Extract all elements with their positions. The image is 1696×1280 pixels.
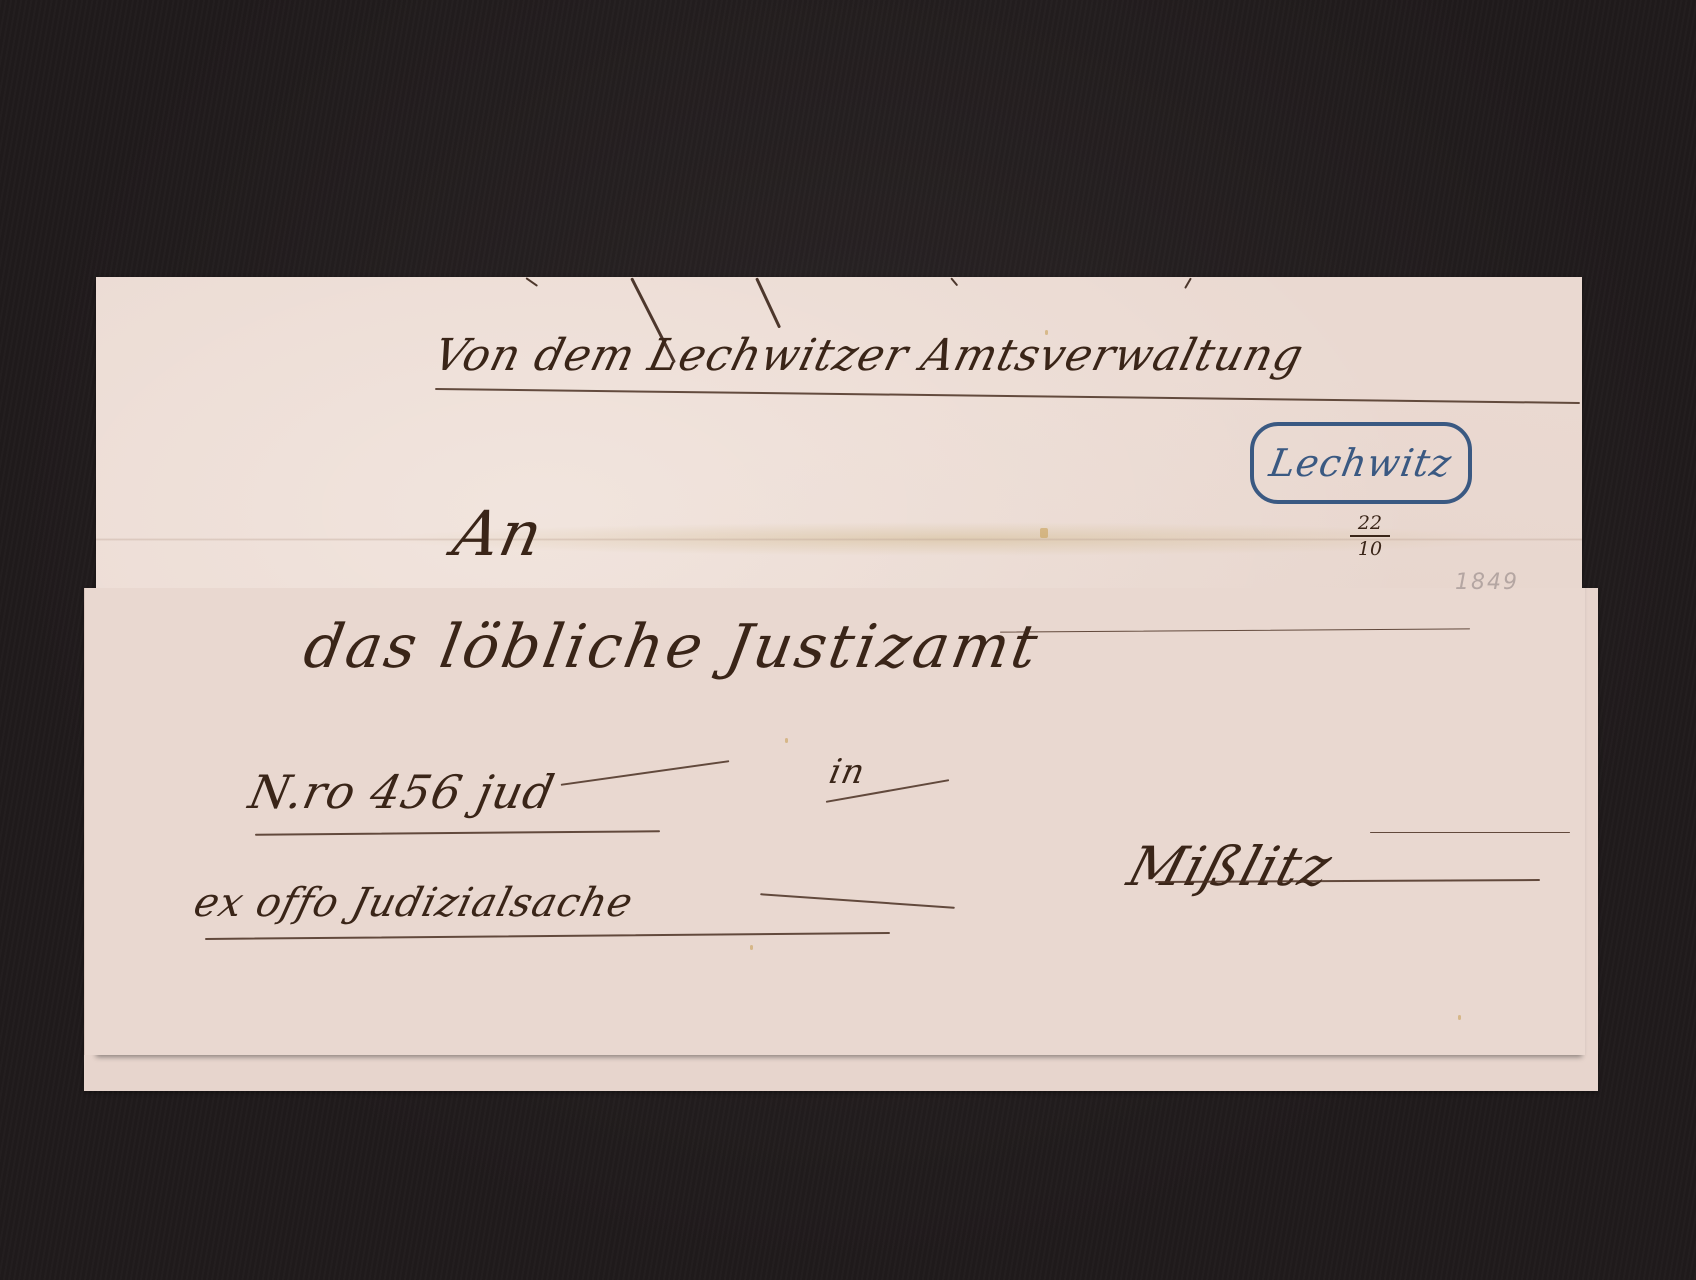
paper-speck [1045,330,1048,335]
sender-line: Von dem Lechwitzer Amtsverwaltung [429,330,1309,381]
official-note: ex offo Judizialsache [189,880,638,926]
postmark-text: Lechwitz [1266,441,1455,485]
arrival-date: 22 10 [1350,512,1390,560]
pencil-year-note: 1849 [1455,570,1519,595]
reference-number: N.ro 456 jud [244,765,559,819]
address-greeting: An [447,497,549,570]
paper-speck [750,945,753,950]
destination-overline [1370,832,1570,833]
fraction-bar [1350,535,1390,537]
date-day: 22 [1350,512,1390,534]
postmark-stamp: Lechwitz [1250,422,1472,504]
paper-speck [1040,528,1048,538]
date-month: 10 [1350,538,1390,560]
paper-speck [1458,1015,1461,1020]
destination-town: Mißlitz [1121,835,1339,898]
addressee: das löbliche Justizamt [299,612,1045,682]
paper-speck [785,738,788,743]
photo-scene: Von dem Lechwitzer Amtsverwaltung Lechwi… [0,0,1696,1280]
